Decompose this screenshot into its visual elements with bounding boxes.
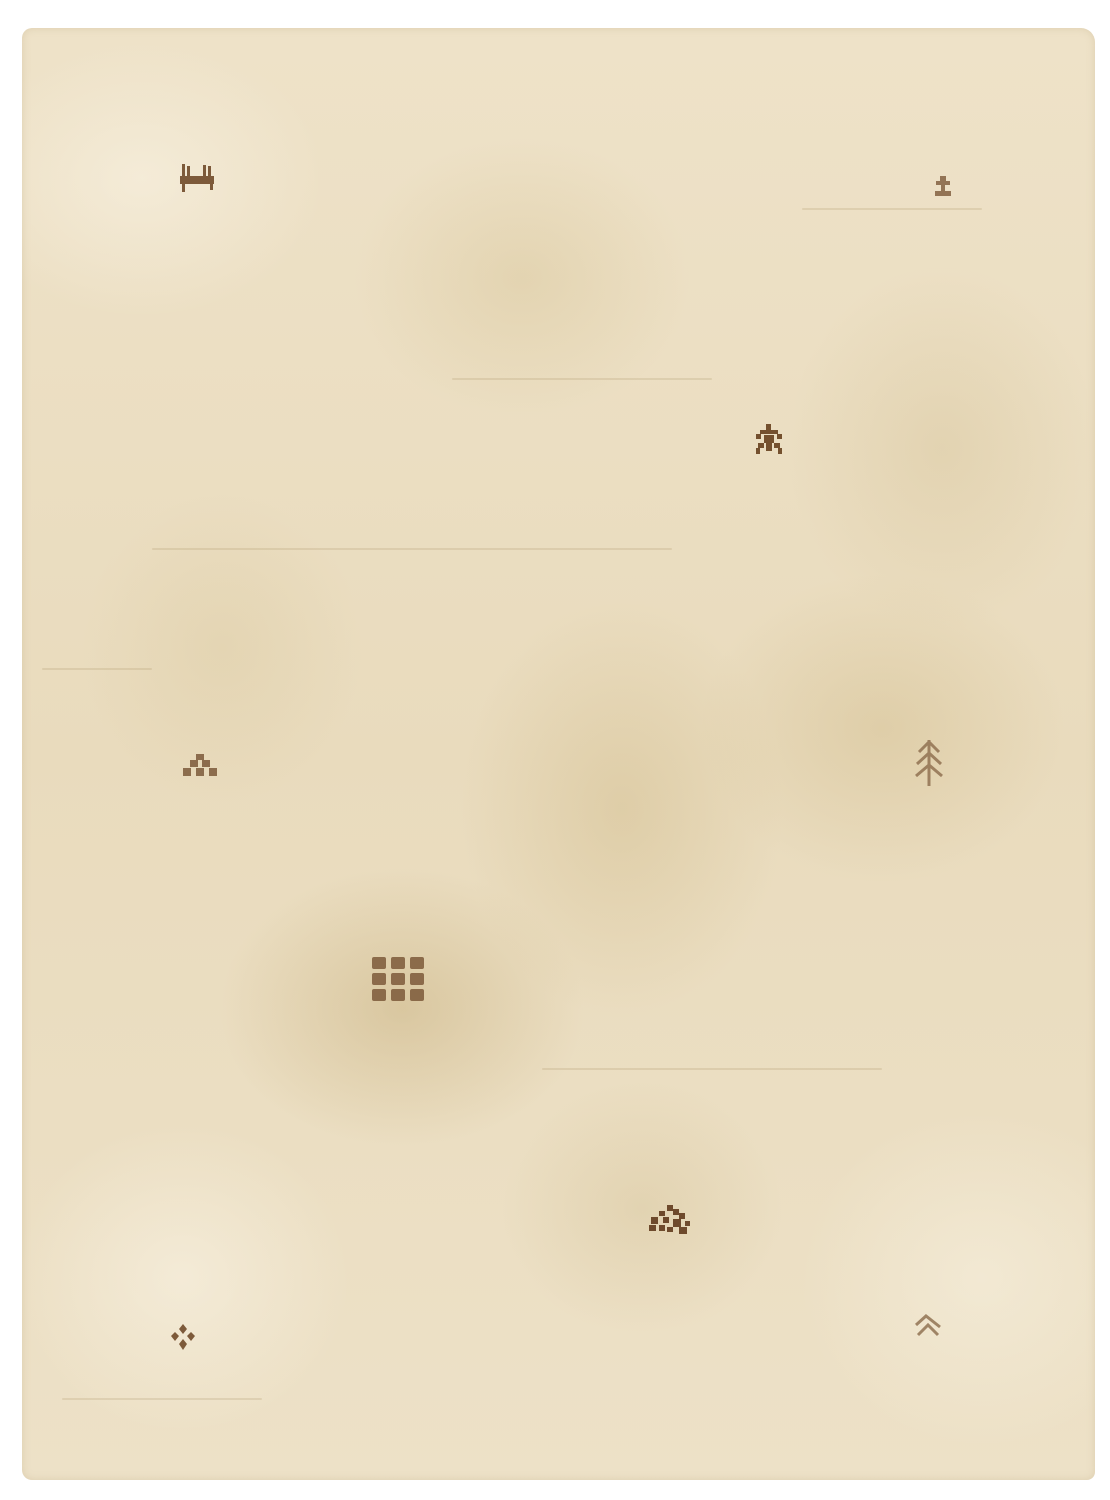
star-figure-motif-icon <box>752 422 786 460</box>
weave-streak <box>542 1068 882 1070</box>
cluster-motif-icon <box>647 1203 693 1237</box>
weave-streak <box>802 208 982 210</box>
weave-streak <box>452 378 712 380</box>
triangle-stack-motif-icon <box>180 752 220 780</box>
weave-streak <box>62 1398 262 1400</box>
chevron-motif-icon <box>912 1313 944 1337</box>
diamond-flower-motif-icon <box>170 1322 196 1352</box>
figure-motif-icon <box>932 174 954 200</box>
tree-motif-icon <box>912 738 946 788</box>
grid-motif-icon <box>370 955 426 1003</box>
weave-streak <box>42 668 152 670</box>
weave-streak <box>152 548 672 550</box>
animal-motif-icon <box>178 162 218 194</box>
